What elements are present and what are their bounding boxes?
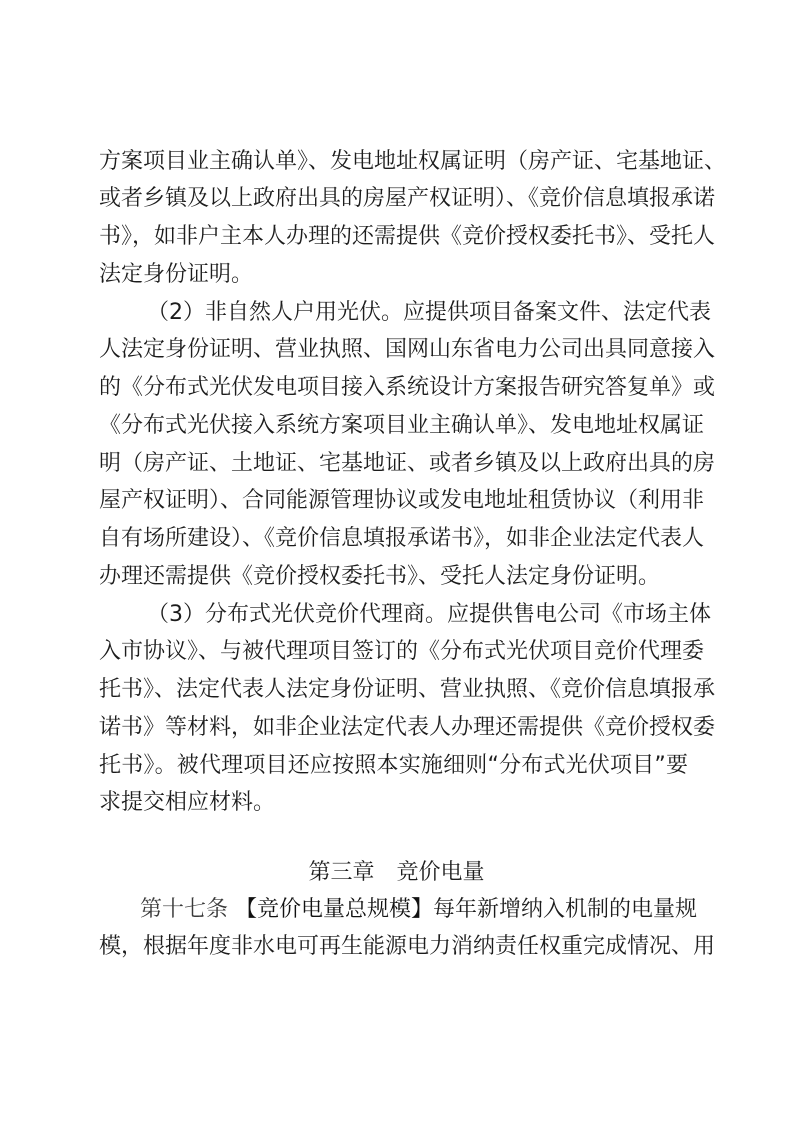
article-label: 第十七条	[140, 897, 228, 922]
article-text: 每年新增纳入机制的电量规	[433, 897, 697, 922]
paragraph-line: 或者乡镇及以上政府出具的房屋产权证明）、《竞价信息填报承诺	[99, 181, 688, 217]
item-3-line: 托书》、法定代表人法定身份证明、营业执照、《竞价信息填报承	[99, 672, 688, 708]
item-2-line: 自有场所建设）、《竞价信息填报承诺书》，如非企业法定代表人	[99, 521, 688, 557]
paragraph-line: 法定身份证明。	[99, 257, 688, 293]
item-3-line: 求提交相应材料。	[99, 785, 688, 821]
article-17-line: 模，根据年度非水电可再生能源电力消纳责任权重完成情况、用	[99, 929, 688, 965]
item-3-line: 入市协议》、与被代理项目签订的《分布式光伏项目竞价代理委	[99, 634, 688, 670]
item-3-line: 托书》。被代理项目还应按照本实施细则“分布式光伏项目”要	[99, 748, 688, 784]
item-2-line: 的《分布式光伏发电项目接入系统设计方案报告研究答复单》或	[99, 370, 688, 406]
item-2-line: 《分布式光伏接入系统方案项目业主确认单》、发电地址权属证	[99, 408, 688, 444]
article-heading: 【竞价电量总规模】	[235, 897, 433, 922]
paragraph-line: 方案项目业主确认单》、发电地址权属证明（房产证、宅基地证、	[99, 144, 688, 180]
article-17-first-line: 第十七条 【竞价电量总规模】每年新增纳入机制的电量规	[140, 892, 688, 928]
item-2-line: 人法定身份证明、营业执照、国网山东省电力公司出具同意接入	[99, 332, 688, 368]
item-3-line: （3）分布式光伏竞价代理商。应提供售电公司《市场主体	[147, 597, 688, 633]
paragraph-line: 书》，如非户主本人办理的还需提供《竞价授权委托书》、受托人	[99, 219, 688, 255]
item-2-line: 明（房产证、土地证、宅基地证、或者乡镇及以上政府出具的房	[99, 446, 688, 482]
item-3-line: 诺书》等材料，如非企业法定代表人办理还需提供《竞价授权委	[99, 710, 688, 746]
document-page: 方案项目业主确认单》、发电地址权属证明（房产证、宅基地证、 或者乡镇及以上政府出…	[0, 0, 793, 1122]
item-2-line: 屋产权证明）、合同能源管理协议或发电地址租赁协议（利用非	[99, 483, 688, 519]
chapter-title: 第三章 竞价电量	[0, 855, 793, 891]
item-2-line: （2）非自然人户用光伏。应提供项目备案文件、法定代表	[147, 295, 688, 331]
item-2-line: 办理还需提供《竞价授权委托书》、受托人法定身份证明。	[99, 559, 688, 595]
